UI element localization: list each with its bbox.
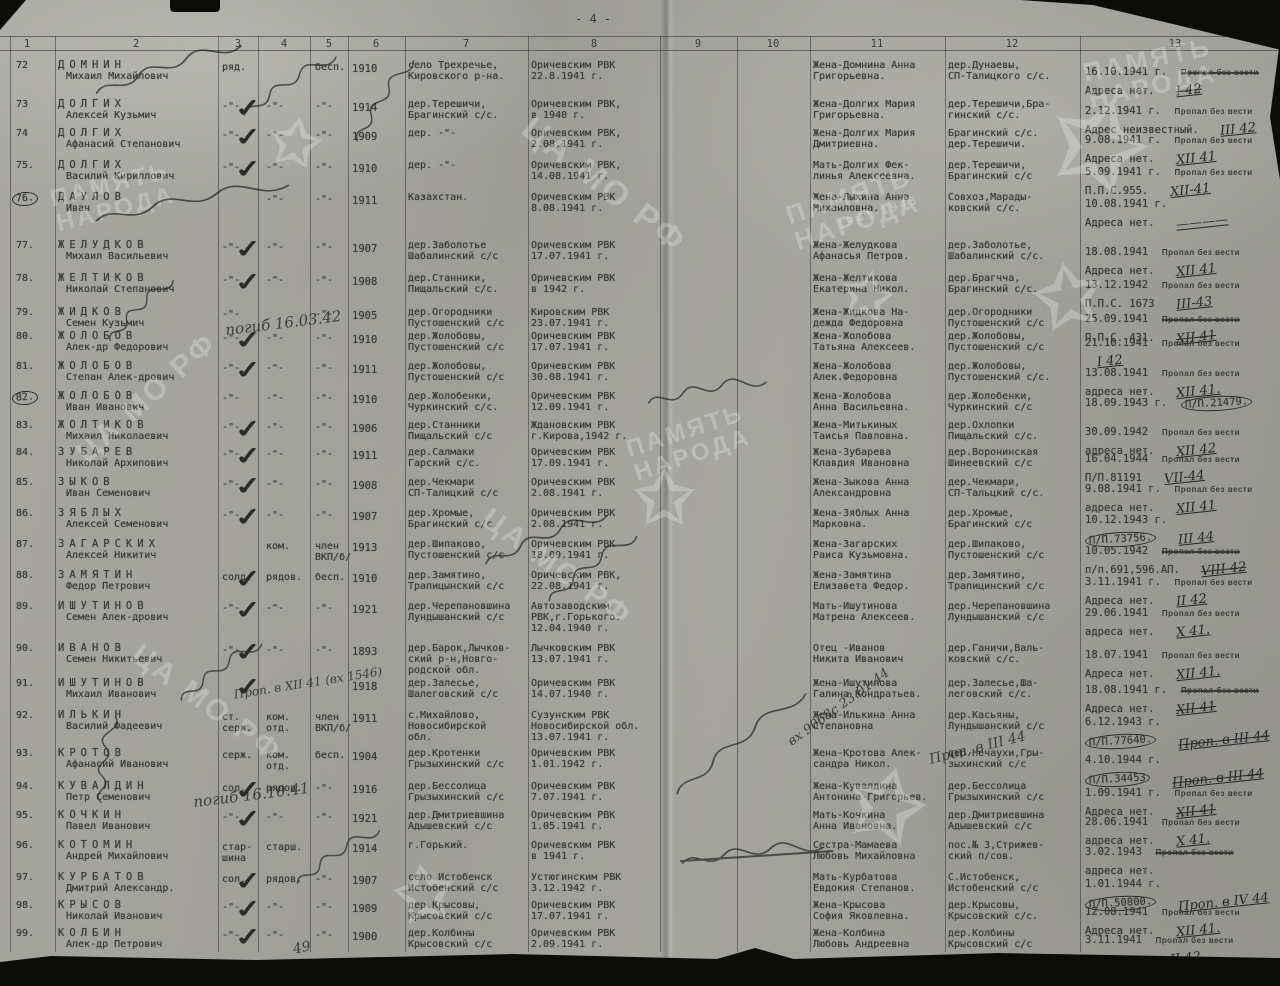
position-cell: -"- xyxy=(266,393,284,404)
column-number-13: 13 xyxy=(1155,38,1195,50)
soldier-given-names: Павел Иванович xyxy=(66,821,150,832)
birthplace-cell: дер.Станники Пищальский с/с xyxy=(408,420,526,442)
relative-cell: Жена-Желтикова Екатерина Никол. xyxy=(813,273,945,295)
missing-in-action-stamp: Пропал без вести xyxy=(1181,68,1259,77)
checkmark-annotation: ✓ xyxy=(233,354,264,385)
party-cell: член ВКП/б/ xyxy=(315,712,351,734)
soldier-surname: ЗАГАРСКИХ xyxy=(58,539,160,550)
draft-office-cell: Кировским РВК 23.07.1941 г. xyxy=(531,307,659,329)
soldier-surname: КУРБАТОВ xyxy=(58,872,149,883)
party-cell: -"- xyxy=(315,194,333,205)
relative-address-cell: дер.Терешичи,Бра- гинский с/с. xyxy=(948,99,1080,121)
party-cell: -"- xyxy=(315,101,333,112)
relative-cell: Жена-Домнина Анна Григорьевна. xyxy=(813,60,945,82)
draft-office-cell: Оричевским РВК в 1942 г. xyxy=(531,273,659,295)
relative-address-cell: дер.Хромые, Брагинский с/с xyxy=(948,508,1080,530)
row-number: 90. xyxy=(16,643,34,654)
missing-in-action-stamp: Пропал без вести xyxy=(1156,936,1234,945)
row-number: 86. xyxy=(16,508,34,519)
status-date: 13.12.1942 xyxy=(1085,279,1148,291)
birth-year: 1907 xyxy=(352,244,377,255)
birthplace-cell: дер.Барок,Лычков- ский р-н,Новго- родско… xyxy=(408,643,526,676)
row-number: 79. xyxy=(16,307,34,318)
relative-address-cell: дер.Заболотье, Шабалинский с/с. xyxy=(948,240,1080,262)
relative-cell: Жена-Замятина Елизавета Федор. xyxy=(813,570,945,592)
soldier-surname: ЗЯБЛЫХ xyxy=(58,508,126,519)
soldier-given-names: Семен Алек-дрович xyxy=(66,612,168,623)
birth-year: 1910 xyxy=(352,164,377,175)
soldier-given-names: Иван xyxy=(66,203,90,214)
rank-cell: -"- xyxy=(222,393,240,404)
soldier-given-names: Алексей Никитич xyxy=(66,550,156,561)
status-note: Адреса нет. xyxy=(1085,217,1155,229)
party-cell: бесп. xyxy=(315,572,345,583)
missing-in-action-stamp: Пропал без вести xyxy=(1181,686,1259,695)
checkmark-annotation: ✓ xyxy=(233,440,264,471)
birth-year: 1921 xyxy=(352,605,377,616)
missing-in-action-stamp: Пропал без вести xyxy=(1162,455,1240,464)
birth-year: 1910 xyxy=(352,574,377,585)
pencil-scribble xyxy=(666,679,831,807)
relative-cell: Жена-Желудкова Афанасья Петров. xyxy=(813,240,945,262)
missing-in-action-stamp: Пропал без вести xyxy=(1162,248,1240,257)
birthplace-cell: дер.Жолобенки, Чуркинский с/с. xyxy=(408,391,526,413)
birthplace-cell: дер.Терешичи, Брагинский с/с. xyxy=(408,99,526,121)
soldier-surname: ЗЫКОВ xyxy=(58,477,115,488)
draft-office-cell: Оричевским РВК, 2.08.1941 г. xyxy=(531,128,659,150)
soldier-given-names: Иван Семенович xyxy=(66,488,150,499)
party-cell: -"- xyxy=(315,603,333,614)
birth-year: 1916 xyxy=(352,785,377,796)
soldier-given-names: Алексей Семенович xyxy=(66,519,168,530)
party-cell: -"- xyxy=(315,510,333,521)
row-number: 76. xyxy=(16,192,38,206)
party-cell: -"- xyxy=(315,275,333,286)
birth-year: 1908 xyxy=(352,481,377,492)
table-header-top-line xyxy=(0,36,1280,37)
birthplace-cell: дер.Жолобовы, Пустошенский с/с xyxy=(408,331,526,353)
soldier-given-names: Андрей Михайлович xyxy=(66,851,168,862)
row-number: 95. xyxy=(16,810,34,821)
relative-cell: Жена-Митькиных Таисья Павловна. xyxy=(813,420,945,442)
status-date: 18.08.1941 xyxy=(1085,246,1148,258)
party-cell: -"- xyxy=(315,645,333,656)
birthplace-cell: дер.Салмаки Гарский с/с. xyxy=(408,447,526,469)
soldier-given-names: Степан Алек-дрович xyxy=(66,372,174,383)
status-date: 3.11.1941 xyxy=(1085,934,1142,946)
draft-office-cell: Ждановским РВК г.Кирова,1942 г. xyxy=(531,420,659,442)
soldier-given-names: Михаил Васильевич xyxy=(66,251,168,262)
relative-cell: Жена-Долгих Мария Дмитриевна. xyxy=(813,128,945,150)
missing-in-action-stamp: Пропал без вести xyxy=(1162,651,1240,660)
torn-tab-top xyxy=(170,0,220,12)
status-date: 2.12.1941 г. xyxy=(1085,105,1161,117)
party-cell: -"- xyxy=(315,242,333,253)
birthplace-cell: дер.Огородники Пустошенский с/с xyxy=(408,307,526,329)
soldier-given-names: Михаил Иванович xyxy=(66,689,156,700)
relative-cell: Мать-Кочкина Анна Ивановна. xyxy=(813,810,945,832)
party-cell: -"- xyxy=(315,812,333,823)
page-fold-crease xyxy=(660,0,674,962)
status-date: 9.08.1941 г. xyxy=(1085,483,1161,495)
checkmark-annotation: ✓ xyxy=(233,266,264,297)
soldier-surname: ДОЛГИХ xyxy=(58,160,126,171)
birthplace-cell: дер.Замятино, Трапицынский с/с xyxy=(408,570,526,592)
missing-in-action-stamp: Пропал без вести xyxy=(1162,609,1240,618)
row-number: 84. xyxy=(16,447,34,458)
pencil-scribble xyxy=(645,373,779,417)
birth-year: 1900 xyxy=(352,932,377,943)
checkmark-annotation: ✓ xyxy=(233,501,264,532)
column-number-9: 9 xyxy=(678,38,718,50)
position-cell: ком. xyxy=(266,541,290,552)
row-number: 81. xyxy=(16,361,34,372)
relative-cell: Жена-Кротова Алек- сандра Никол. xyxy=(813,748,945,770)
checkmark-annotation: ✓ xyxy=(233,594,264,625)
table-vline xyxy=(55,36,56,952)
handwritten-date-mark: I 42 xyxy=(1175,82,1202,100)
status-cell: 16.10.1941 г. Пропал без вести Адреса не… xyxy=(1085,60,1277,98)
table-vline xyxy=(1080,36,1081,952)
birth-year: 1893 xyxy=(352,647,377,658)
birthplace-cell: село Истобенск Истобенский с/с xyxy=(408,872,526,894)
birth-year: 1913 xyxy=(352,543,377,554)
relative-address-cell: дер.Колбины Крысовский с/с xyxy=(948,928,1080,950)
pencil-scribble xyxy=(288,819,397,896)
relative-cell: Жена-Загарских Раиса Кузьмовна. xyxy=(813,539,945,561)
relative-address-cell: дер.Жолобовы, Пустошенский с/с xyxy=(948,331,1080,353)
draft-office-cell: Оричевским РВК, в 1940 г. xyxy=(531,99,659,121)
status-date: 4.10.1944 г. xyxy=(1085,754,1161,766)
column-number-10: 10 xyxy=(753,38,793,50)
party-cell: -"- xyxy=(315,393,333,404)
missing-in-action-stamp: Пропал без вести xyxy=(1162,281,1240,290)
row-number: 98. xyxy=(16,900,34,911)
relative-cell: Жена-Зяблых Анна Марковна. xyxy=(813,508,945,530)
table-vline xyxy=(945,36,946,952)
row-number: 99. xyxy=(16,928,34,939)
checkmark-annotation: ✓ xyxy=(233,153,264,184)
draft-office-cell: Оричевским РВК 30.08.1941 г. xyxy=(531,361,659,383)
soldier-surname: ЗАМЯТИН xyxy=(58,570,137,581)
birthplace-cell: дер.Кротенки Грызыхинский с/с xyxy=(408,748,526,770)
draft-office-cell: Оричевским РВК 17.07.1941 г. xyxy=(531,240,659,262)
status-date: 10.12.1943 г. xyxy=(1085,514,1167,526)
relative-address-cell: дер.Бессолица Грызыхинский с/с xyxy=(948,781,1080,803)
draft-office-cell: Оричевским РВК 12.09.1941 г. xyxy=(531,391,659,413)
birth-year: 1918 xyxy=(352,682,377,693)
checkmark-annotation: ✓ xyxy=(233,803,264,834)
position-cell: -"- xyxy=(266,275,284,286)
relative-address-cell: дер.Дунаевы, СП-Талицкого с/с. xyxy=(948,60,1080,82)
birth-year: 1908 xyxy=(352,277,377,288)
position-cell: -"- xyxy=(266,812,284,823)
birthplace-cell: Казахстан. xyxy=(408,192,526,203)
relative-cell: Жена-Крысова София Яковлевна. xyxy=(813,900,945,922)
soldier-surname: ЖЕЛТИКОВ xyxy=(58,273,149,284)
missing-in-action-stamp: Пропал без вести xyxy=(1175,136,1253,145)
soldier-given-names: Алек-др Петрович xyxy=(66,939,162,950)
paper-background: - 4 - 12345678910111213 72 ДОМНИН Михаил… xyxy=(0,0,1280,962)
missing-in-action-stamp: Пропал без вести xyxy=(1162,908,1240,917)
status-cell: 18.09.1943 г. П/П.21479. xyxy=(1085,391,1277,411)
status-cell: 6.12.1943 г. П/П.77640. Проп. в III 44 xyxy=(1085,710,1277,749)
soldier-surname: ЖОЛТИКОВ xyxy=(58,420,149,431)
soldier-surname: КОТОМИН xyxy=(58,840,137,851)
birthplace-cell: дер.Бессолица Грызыхинский с/с xyxy=(408,781,526,803)
scanned-document-page: - 4 - 12345678910111213 72 ДОМНИН Михаил… xyxy=(0,0,1280,986)
party-cell: -"- xyxy=(315,333,333,344)
relative-address-cell: дер.Жолобовы, Пустошенский с/с. xyxy=(948,361,1080,383)
draft-office-cell: Оричевским РВК 17.09.1941 г. xyxy=(531,447,659,469)
soldier-surname: ИШУТИНОВ xyxy=(58,678,149,689)
soldier-given-names: Иван Иванович xyxy=(66,402,144,413)
draft-office-cell: Оричевским РВК 7.07.1941 г. xyxy=(531,781,659,803)
status-date: 18.07.1941 xyxy=(1085,649,1148,661)
row-number: 85. xyxy=(16,477,34,488)
soldier-surname: ЖЕЛУДКОВ xyxy=(58,240,149,251)
status-date: 3.02.1943 xyxy=(1085,846,1142,858)
birthplace-cell: дер.Чекмари СП-Талицкий с/с xyxy=(408,477,526,499)
handwritten-note: 49 xyxy=(292,938,313,957)
relative-cell: Мать-Долгих Фек- линья Алексеевна. xyxy=(813,160,945,182)
missing-in-action-stamp: Пропал без вести xyxy=(1162,369,1240,378)
row-number: 72 xyxy=(16,60,28,71)
draft-office-cell: Оричевским РВК 2.08.1941 г. xyxy=(531,477,659,499)
soldier-given-names: Дмитрий Александр. xyxy=(66,883,174,894)
party-cell: -"- xyxy=(315,449,333,460)
relative-address-cell: дер.Жолобенки, Чуркинский с/с xyxy=(948,391,1080,413)
position-cell: -"- xyxy=(266,422,284,433)
party-cell: -"- xyxy=(315,363,333,374)
relative-cell: Отец -Иванов Никита Иванович xyxy=(813,643,945,665)
row-number: 88. xyxy=(16,570,34,581)
party-cell: -"- xyxy=(315,783,333,794)
missing-in-action-stamp: Пропал без вести xyxy=(1175,789,1253,798)
status-date: 30.09.1942 xyxy=(1085,426,1148,438)
relative-address-cell: дер.Замятино, Трапицинский с/с xyxy=(948,570,1080,592)
rank-cell: стар- шина xyxy=(222,842,252,864)
position-cell: -"- xyxy=(266,449,284,460)
relative-address-cell: дер.Ганичи,Валь- ковский с/с. xyxy=(948,643,1080,665)
birth-year: 1910 xyxy=(352,395,377,406)
column-number-1: 1 xyxy=(7,38,47,50)
birthplace-cell: дер.Хромые, Брагинский с/с xyxy=(408,508,526,530)
missing-in-action-stamp: Пропал без вести xyxy=(1175,578,1253,587)
status-cell: 13.12.1942 Пропал без вести П.П.С. 1673 … xyxy=(1085,273,1277,311)
handwritten-date-mark: ———— xyxy=(1176,212,1229,232)
missing-in-action-stamp: Пропал без вести xyxy=(1162,547,1240,556)
birthplace-cell: дер. -"- xyxy=(408,160,526,171)
party-cell: -"- xyxy=(315,422,333,433)
birthplace-cell: дер.Крысовы, Крысовский с/с xyxy=(408,900,526,922)
draft-office-cell: Лычковским РВК 13.07.1941 г. xyxy=(531,643,659,665)
status-date: 28.06.1941 xyxy=(1085,816,1148,828)
relative-address-cell: дер.Терешичи, Брагинский с/с xyxy=(948,160,1080,182)
relative-address-cell: дер.Чекмари, СП-Тальцкий с/с. xyxy=(948,477,1080,499)
party-cell: -"- xyxy=(315,902,333,913)
soldier-surname: КОЛБИН xyxy=(58,928,126,939)
checkmark-annotation: ✓ xyxy=(233,470,264,501)
soldier-surname: КРЫСОВ xyxy=(58,900,126,911)
relative-address-cell: дер.Дмитриевшина Адышевский с/с xyxy=(948,810,1080,832)
relative-address-cell: С.Истобенск, Истобенский с/с xyxy=(948,872,1080,894)
column-number-4: 4 xyxy=(264,38,304,50)
row-number: 96. xyxy=(16,840,34,851)
row-number: 82. xyxy=(16,391,38,405)
table-vline xyxy=(310,36,311,952)
relative-cell: Жена-Кувалдина Антонина Григорьев. xyxy=(813,781,945,803)
position-cell: ком. отд. xyxy=(266,750,290,772)
page-number: - 4 - xyxy=(575,12,611,26)
rank-cell: ст. серж. xyxy=(222,712,252,734)
birthplace-cell: дер. -"- xyxy=(408,128,526,139)
relative-address-cell: дер.Огородники Пустошенский с/с xyxy=(948,307,1080,329)
star-watermark: ✩ xyxy=(390,854,461,935)
status-date: 1.01.1944 г. xyxy=(1085,878,1161,890)
relative-address-cell: дер.Шипаково, Пустошенский с/с xyxy=(948,539,1080,561)
row-number: 78. xyxy=(16,273,34,284)
relative-address-cell: Брагинский с/с. дер.Терешичи. xyxy=(948,128,1080,150)
draft-office-cell: Оричевским РВК 22.8.1941 г. xyxy=(531,60,659,82)
soldier-given-names: Семен Никитьевич xyxy=(66,654,162,665)
relative-cell: Жена-Зубарева Клавдия Ивановна xyxy=(813,447,945,469)
column-number-12: 12 xyxy=(992,38,1032,50)
draft-office-cell: Оричевским РВК 2.09.1941 г. xyxy=(531,928,659,950)
position-cell: -"- xyxy=(266,242,284,253)
party-cell: -"- xyxy=(315,479,333,490)
draft-office-cell: Оричевским РВК 17.07.1941 г. xyxy=(531,900,659,922)
draft-office-cell: Оричевским РВК 8.08.1941 г. xyxy=(531,192,659,214)
draft-office-cell: Оричевским РВК 1.05.1941 г. xyxy=(531,810,659,832)
status-date: 29.06.1941 xyxy=(1085,607,1148,619)
column-number-7: 7 xyxy=(446,38,486,50)
table-vline xyxy=(810,36,811,952)
status-date: 3.11.1941 г. xyxy=(1085,576,1161,588)
checkmark-annotation: ✓ xyxy=(233,233,264,264)
relative-cell: Жена-Жолобова Анна Васильевна. xyxy=(813,391,945,413)
birth-year: 1911 xyxy=(352,451,377,462)
relative-address-cell: дер.Охлопки Пищальский с/с. xyxy=(948,420,1080,442)
missing-in-action-stamp: Пропал без вести xyxy=(1175,485,1253,494)
position-cell: старш. xyxy=(266,842,302,853)
birth-year: 1910 xyxy=(352,335,377,346)
row-number: 87. xyxy=(16,539,34,550)
status-note: Адреса нет. xyxy=(1085,85,1155,97)
status-cell: 18.07.1941 Пропал без вести Адреса нет. … xyxy=(1085,643,1277,681)
draft-office-cell: Оричевским РВК 17.07.1941 г. xyxy=(531,331,659,353)
status-date: 13.08.1941 xyxy=(1085,367,1148,379)
position-cell: -"- xyxy=(266,930,284,941)
soldier-given-names: Афанасий Степанович xyxy=(66,139,180,150)
birthplace-cell: дер.Дмитриевшина Адышевский с/с xyxy=(408,810,526,832)
row-number: 77. xyxy=(16,240,34,251)
missing-in-action-stamp: Пропал без вести xyxy=(1162,315,1240,324)
soldier-given-names: Федор Петрович xyxy=(66,581,150,592)
draft-office-cell: Оричевским РВК в 1941 г. xyxy=(531,840,659,862)
missing-in-action-stamp: Пропал без вести xyxy=(1162,818,1240,827)
missing-in-action-stamp: Пропал без вести xyxy=(1156,848,1234,857)
party-cell: -"- xyxy=(315,130,333,141)
relative-address-cell: Совхоз,Марады- ковский с/с. xyxy=(948,192,1080,214)
status-date: 9.08.1941 г. xyxy=(1085,134,1161,146)
soldier-given-names: Алексей Кузьмич xyxy=(66,110,156,121)
status-date: 25.09.1941 xyxy=(1085,313,1148,325)
row-number: 74 xyxy=(16,128,28,139)
birth-year: 1911 xyxy=(352,365,377,376)
column-number-11: 11 xyxy=(857,38,897,50)
table-vline xyxy=(737,36,738,952)
status-cell: 29.06.1941 Пропал без вести адреса нет. … xyxy=(1085,601,1277,639)
draft-office-cell: Оричевским РВК 1.01.1942 г. xyxy=(531,748,659,770)
status-date: 10.05.1942 xyxy=(1085,545,1148,557)
position-cell: ком. отд. xyxy=(266,712,290,734)
rank-cell: -"- xyxy=(222,309,240,320)
birth-year: 1905 xyxy=(352,311,377,322)
relative-cell: Жена-Жолобова Алек.Федоровна xyxy=(813,361,945,383)
position-cell: -"- xyxy=(266,162,284,173)
column-number-8: 8 xyxy=(574,38,614,50)
row-number: 73 xyxy=(16,99,28,110)
status-date: 12.08.1941 xyxy=(1085,906,1148,918)
position-cell: рядов. xyxy=(266,572,302,583)
party-cell: -"- xyxy=(315,930,333,941)
birth-year: 1911 xyxy=(352,714,377,725)
status-date: 18.08.1941 г. xyxy=(1085,684,1167,696)
status-note: П/П.21479. xyxy=(1180,394,1252,413)
position-cell: -"- xyxy=(266,479,284,490)
relative-address-cell: дер.Касьяны, Лундышанский с/с xyxy=(948,710,1080,732)
birthplace-cell: с.Михайлово, Новосибирской обл. xyxy=(408,710,526,743)
birthplace-cell: дер.Жолобовы, Пустошенский с/с xyxy=(408,361,526,383)
status-date: 16.10.1941 г. xyxy=(1085,66,1167,78)
position-cell: -"- xyxy=(266,603,284,614)
row-number: 94. xyxy=(16,781,34,792)
missing-in-action-stamp: Пропал без вести xyxy=(1162,339,1240,348)
column-number-6: 6 xyxy=(356,38,396,50)
soldier-given-names: Николай Архипович xyxy=(66,458,168,469)
position-cell: -"- xyxy=(266,363,284,374)
relative-address-cell: пос.№ 3,Стрижев- ский п/сов. xyxy=(948,840,1080,862)
row-number: 93. xyxy=(16,748,34,759)
relative-cell: Жена-Жидкова На- дежда Федоровна xyxy=(813,307,945,329)
status-cell: 10.08.1941 г. Адреса нет. ———— xyxy=(1085,192,1277,230)
birth-year: 1909 xyxy=(352,904,377,915)
birthplace-cell: дер.Залесье, Шалеговский с/с xyxy=(408,678,526,700)
birth-year: 1911 xyxy=(352,196,377,207)
table-vline xyxy=(660,36,661,952)
draft-office-cell: Оричевским РВК, 14.08.1941 г. xyxy=(531,160,659,182)
soldier-surname: ИВАНОВ xyxy=(58,643,126,654)
relative-address-cell: дер.Крысовы, Крысовский с/с. xyxy=(948,900,1080,922)
soldier-surname: ЗУБАРЕВ xyxy=(58,447,137,458)
table-vline xyxy=(218,36,219,952)
status-date: 6.12.1943 г. xyxy=(1085,716,1161,728)
status-date: 1.09.1941 г. xyxy=(1085,787,1161,799)
relative-cell: Мать-Курбатова Евдокия Степанов. xyxy=(813,872,945,894)
status-note: адреса нет. xyxy=(1085,626,1155,638)
soldier-surname: ДОМНИН xyxy=(58,60,126,71)
relative-cell: Жена-Зыкова Анна Александровна xyxy=(813,477,945,499)
draft-office-cell: Сузунским РВК Новосибирской обл. 13.07.1… xyxy=(531,710,659,743)
checkmark-annotation: ✓ xyxy=(233,921,264,952)
birth-year: 1907 xyxy=(352,876,377,887)
birthplace-cell: дер.Заболотье Шабалинский с/с xyxy=(408,240,526,262)
checkmark-annotation: ✓ xyxy=(233,865,264,896)
row-number: 91. xyxy=(16,678,34,689)
missing-in-action-stamp: Пропал без вести xyxy=(1175,107,1253,116)
party-cell: -"- xyxy=(315,162,333,173)
